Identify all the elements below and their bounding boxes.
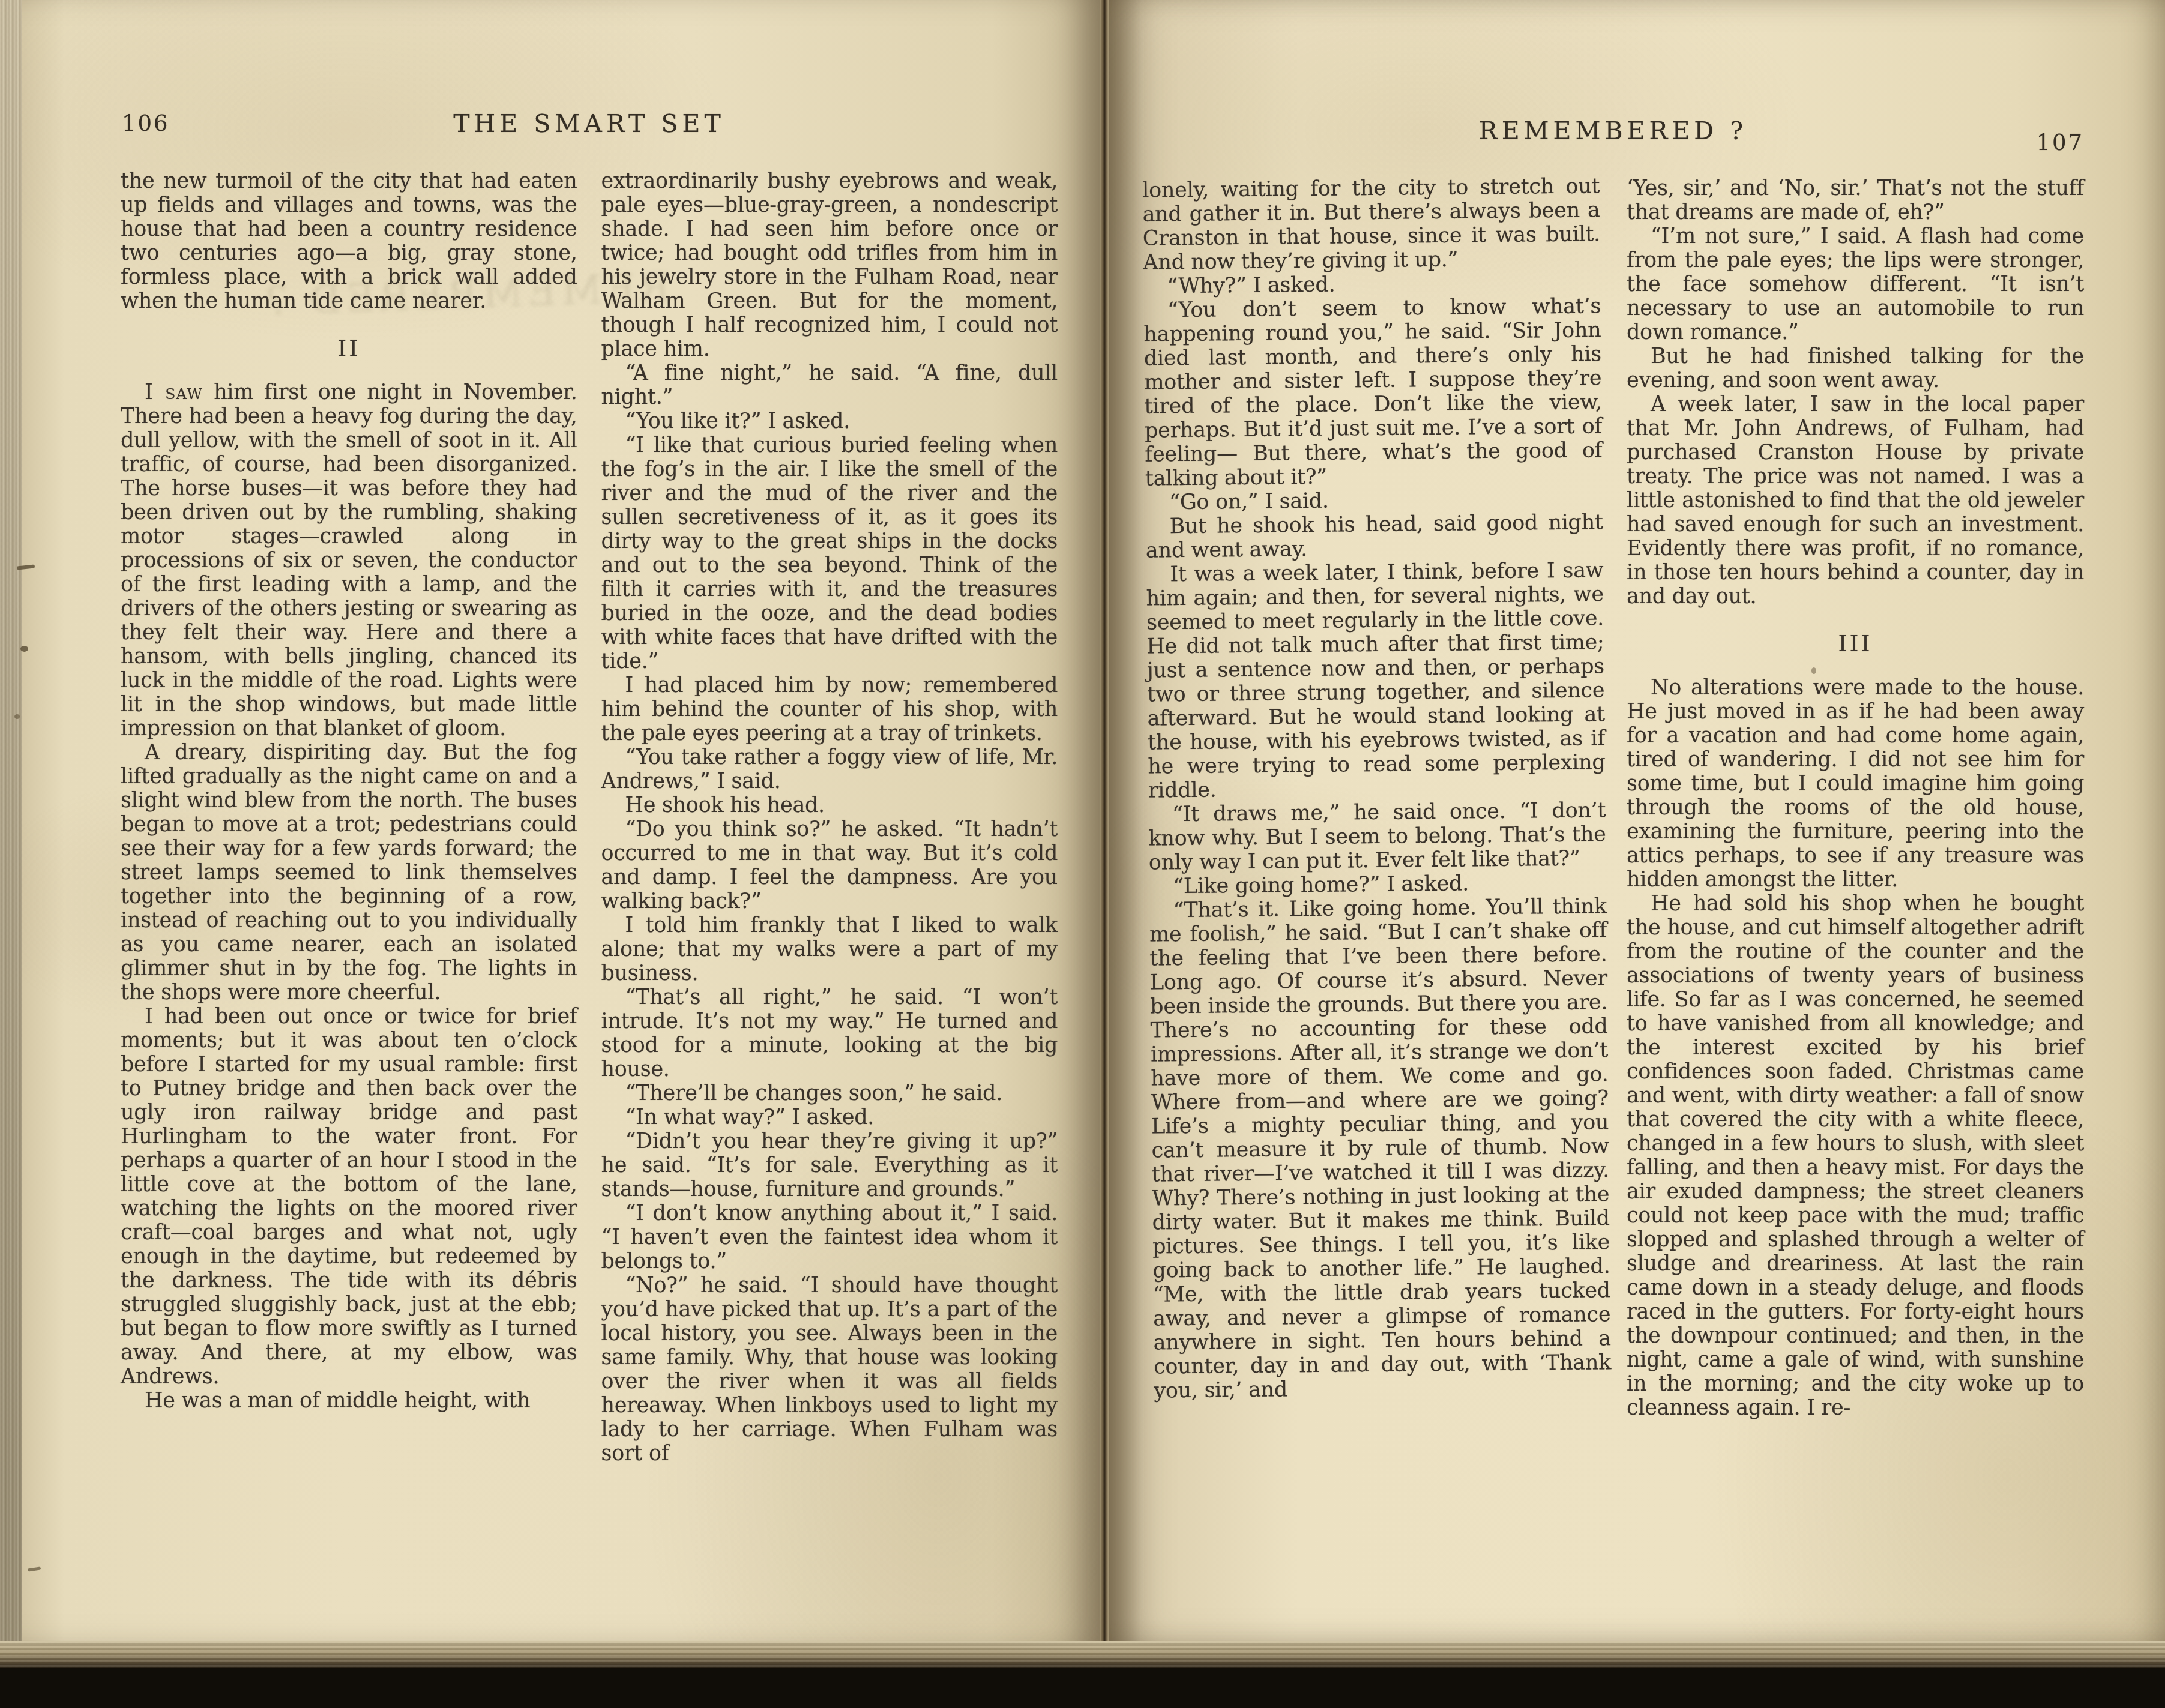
page-header-left: 106 THE SMART SET	[121, 109, 1058, 142]
ink-speck	[1291, 336, 1295, 340]
paragraph: “I like that curious buried feeling when…	[601, 433, 1058, 673]
page-number-left: 106	[122, 110, 170, 136]
paragraph: He was a man of middle height, with	[121, 1389, 577, 1413]
paragraph: lonely, waiting for the city to stretch …	[1142, 174, 1601, 274]
paragraph: He had sold his shop when he bought the …	[1627, 892, 2084, 1420]
column-left-1: the new turmoil of the city that had eat…	[121, 169, 577, 1466]
column-right-1: lonely, waiting for the city to stretch …	[1142, 174, 1612, 1422]
paragraph: No alterations were made to the house. H…	[1627, 676, 2084, 892]
paragraph: “I don’t know anything about it,” I said…	[601, 1201, 1058, 1273]
paragraph: “There’ll be changes soon,” he said.	[601, 1081, 1058, 1105]
paragraph: extraordinarily bushy eyebrows and weak,…	[601, 169, 1058, 361]
page-header-right: REMEMBERED ? 107	[1142, 116, 2084, 149]
running-title-right: REMEMBERED ?	[1142, 116, 2084, 145]
page-number-right: 107	[2036, 130, 2084, 155]
paragraph: “In what way?” I asked.	[601, 1105, 1058, 1129]
column-left-2: extraordinarily bushy eyebrows and weak,…	[601, 169, 1058, 1466]
paragraph: “Do you think so?” he asked. “It hadn’t …	[601, 817, 1058, 913]
page-left: REMEMBERED ? 106 THE SMART SET the new t…	[22, 0, 1100, 1641]
paragraph: I saw him first one night in November. T…	[121, 380, 577, 741]
paragraph: “Didn’t you hear they’re giving it up?” …	[601, 1129, 1058, 1201]
paragraph: ‘Yes, sir,’ and ‘No, sir.’ That’s not th…	[1627, 176, 2084, 224]
running-title-left: THE SMART SET	[121, 109, 1058, 138]
smallcaps-lead: I saw	[145, 380, 203, 404]
paragraph: I had placed him by now; remembered him …	[601, 673, 1058, 745]
page-right: REMEMBERED ? 107 lonely, waiting for the…	[1109, 0, 2165, 1641]
paragraph: “You don’t seem to know what’s happening…	[1143, 294, 1603, 490]
ink-speck	[14, 714, 20, 719]
paragraph: But he shook his head, said good night a…	[1145, 510, 1603, 562]
paragraph: “A fine night,” he said. “A fine, dull n…	[601, 361, 1058, 409]
paragraph: I told him frankly that I liked to walk …	[601, 913, 1058, 985]
paragraph: A dreary, dispiriting day. But the fog l…	[121, 741, 577, 1005]
section-heading: III	[1627, 631, 2084, 655]
paragraph: I had been out once or twice for brief m…	[121, 1005, 577, 1389]
paragraph: “You take rather a foggy view of life, M…	[601, 745, 1058, 793]
text-columns-right: lonely, waiting for the city to stretch …	[1142, 176, 2084, 1420]
paragraph: But he had finished talking for the even…	[1627, 344, 2084, 392]
book-gutter	[1100, 0, 1109, 1641]
section-heading: II	[121, 336, 577, 360]
scan-background-band	[0, 1668, 2165, 1708]
paragraph: It was a week later, I think, before I s…	[1146, 558, 1606, 802]
text-columns-left: the new turmoil of the city that had eat…	[121, 169, 1058, 1466]
book-spread: REMEMBERED ? 106 THE SMART SET the new t…	[0, 0, 2165, 1641]
paragraph: A week later, I saw in the local paper t…	[1627, 392, 2084, 609]
paragraph: “I’m not sure,” I said. A flash had come…	[1627, 224, 2084, 344]
paragraph: “You like it?” I asked.	[601, 409, 1058, 433]
column-right-2: ‘Yes, sir,’ and ‘No, sir.’ That’s not th…	[1627, 176, 2084, 1420]
paragraph: “It draws me,” he said once. “I don’t kn…	[1148, 798, 1606, 874]
paragraph: “That’s it. Like going home. You’ll thin…	[1149, 894, 1612, 1403]
ink-speck	[1811, 667, 1816, 674]
paragraph: “No?” he said. “I should have thought yo…	[601, 1273, 1058, 1466]
bottom-page-edges	[0, 1641, 2165, 1668]
paragraph: “That’s all right,” he said. “I won’t in…	[601, 985, 1058, 1081]
book-scan: REMEMBERED ? 106 THE SMART SET the new t…	[0, 0, 2165, 1708]
ink-speck	[20, 646, 28, 652]
paragraph: He shook his head.	[601, 793, 1058, 817]
left-page-fore-edges	[0, 0, 22, 1641]
paragraph: the new turmoil of the city that had eat…	[121, 169, 577, 313]
